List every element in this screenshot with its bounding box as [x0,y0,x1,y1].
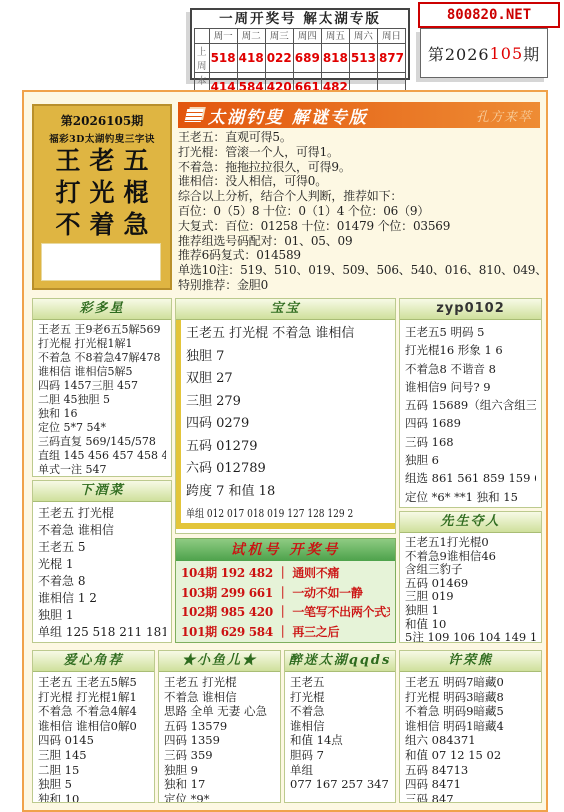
text-line: 王老五 王9老6五5解569 [38,323,166,337]
analysis-text: 王老五：直观可得5。打光棍：管滚一个人，可得1。不着急：拖拖拉拉很久，可得9。谁… [178,130,542,294]
text-line: 五码 84713 [405,763,536,778]
text-line: 独胆 1 [38,607,166,624]
section-aixin: 爱心角荐 王老五 王老五5解5打光棍 打光棍1解1不着急 不着急4解4谁相信 谁… [32,650,155,803]
section-body: 王老五 打光棍 不着急 谁相信独胆 7双胆 27三胆 279四码 0279五码 … [176,320,395,529]
text-line: 含组三豹子 [405,563,536,577]
text-line: 谁相信9 问号? 9 [405,378,536,396]
weekly-title: 一周开奖号 解太湖专版 [194,11,406,28]
text-line: 推荐6码复式：014589 [178,248,542,263]
text-line: 谁相信 1 2 [38,590,166,607]
weekly-results-panel: 一周开奖号 解太湖专版 周一周二周三周四周五周六周日上周518418022689… [190,8,410,80]
text-line: 组选 861 561 859 159 661 [405,469,536,487]
text-line: 二胆 45独胆 5 [38,393,166,407]
text-line: 不着急 不8着急47解478 [38,351,166,365]
section-xiaoyuer: ★小鱼儿★ 王老五 打光棍不着急 谁相信思路 全单 无妻 心急五码 13579四… [158,650,281,803]
text-line: 百位：0（5）8 十位：0（1）4 个位：06（9） [178,204,542,219]
text-line: 四码 1457三胆 457 [38,379,166,393]
section-body: 王老五 王9老6五5解569打光棍 打光棍1解1不着急 不8着急47解478谁相… [33,320,171,477]
text-line: 077 167 257 347 [290,777,390,792]
weekday-header-cell: 周五 [321,29,349,44]
text-line: 双胆 27 [186,368,390,391]
text-line: 不着急 [34,209,170,241]
weekday-header-cell: 周日 [377,29,405,44]
weekday-header-cell [195,29,210,44]
text-line: 跨度 7 和值 18 [186,481,390,504]
draw-number-cell: 513 [349,44,377,73]
text-line: 单组 012 017 018 019 127 128 129 278 279 7… [186,503,353,526]
text-line: 101期 629 584 ｜ 再三之后 [181,623,390,643]
text-line: 不着急 8 [38,573,166,590]
text-line: 光棍 1 [38,556,166,573]
text-line: 不着急9谁相信46 [405,550,536,564]
text-line: 定位 5*7 54* [38,421,166,435]
text-line: 不着急：拖拖拉拉很久，可得9。 [178,160,542,175]
text-line: 谁相信 [290,719,390,734]
text-line: 三码 168 [405,433,536,451]
text-line: 打光棍 打光棍1解1 [38,690,149,705]
text-line: 五码 15689（组六含组三） [405,396,536,414]
section-header-bar: 太湖钓叟 解谜专版 孔方来萃 [178,102,540,128]
text-line: 五码 01469 [405,577,536,591]
text-line: 胆码 7 [290,748,390,763]
issue-suffix: 期 [523,42,540,65]
text-line: 102期 985 420 ｜ 一笔写不出两个式来 [181,603,390,623]
draw-number-cell: 022 [265,44,293,73]
text-line: 独胆 6 [405,451,536,469]
text-line: 打光棍 打光棍1解1 [38,337,166,351]
issue-number-red: 105 [490,44,524,63]
section-caiduoxing: 彩多星 王老五 王9老6五5解569打光棍 打光棍1解1不着急 不8着急47解4… [32,298,172,477]
text-line: 六码 012789 [186,458,390,481]
text-line: 谁相信 谁相信5解5 [38,365,166,379]
text-line: 独和 16 [38,407,166,421]
section-zuimi: 醉迷太湖qqds 王老五打光棍不着急谁相信和值 14点胆码 7单组077 167… [284,650,396,803]
text-line: 谁相信 谁相信0解0 [38,719,149,734]
section-body: 104期 192 482 ｜ 通则不痛103期 299 661 ｜ 一动不如一静… [176,561,395,643]
text-line: 特别推荐：金胆0 [178,278,542,293]
text-line: 三胆 279 [186,391,390,414]
section-title: 许荣熊 [400,651,541,672]
text-line: 单式一注 547 [38,463,166,477]
draw-number-cell: 818 [321,44,349,73]
text-line: 不着急 明码9暗藏5 [405,704,536,719]
text-line: 独和 17 [164,777,275,792]
week-row-label: 上周 [195,44,210,73]
section-title: 爱心角荐 [33,651,154,672]
text-line: 王老五1打光棍0 [405,536,536,550]
text-line: 王老五 打光棍 不着急 谁相信 [186,323,390,346]
text-line: 谁相信：没人相信，可得0。 [178,174,542,189]
text-line: 打光棍16 形象 1 6 [405,341,536,359]
text-line: 单选10注：519、510、019、509、506、540、016、810、04… [178,263,542,278]
text-line: 综合以上分析，结合个人判断，推荐如下： [178,189,542,204]
issue-prefix: 第2026 [428,42,490,65]
text-line: 王老五 明码7暗藏0 [405,675,536,690]
text-line: 103期 299 661 ｜ 一动不如一静 [181,584,390,604]
text-line: 王老五 打光棍 [164,675,275,690]
page-title: 太湖钓叟 解谜专版 [208,103,476,128]
text-line: 王老五 [34,145,170,177]
text-line: 直组 145 456 457 458 459 [38,449,166,463]
section-shijihao: 试机号 开奖号 104期 192 482 ｜ 通则不痛103期 299 661 … [175,538,396,643]
section-title: 下酒菜 [33,481,171,502]
weekday-header-cell: 周四 [293,29,321,44]
paper-icon [185,109,204,122]
text-line: 独和 10 [38,792,149,803]
text-line: 王老五：直观可得5。 [178,130,542,145]
issue-box: 第2026105期 [420,28,548,78]
section-title: 先生夺人 [400,512,541,533]
section-body: 王老五 打光棍不着急 谁相信思路 全单 无妻 心急五码 13579四码 1359… [159,672,280,803]
draw-number-cell: 877 [377,44,405,73]
section-title: 彩多星 [33,299,171,320]
text-line: 王老五 [290,675,390,690]
weekday-header-cell: 周三 [265,29,293,44]
header-right-label: 孔方来萃 [476,106,532,125]
section-xiansheng: 先生夺人 王老五1打光棍0不着急9谁相信46含组三豹子五码 01469三胆 01… [399,511,542,643]
text-line: 王老五 5 [38,539,166,556]
section-body: 王老五1打光棍0不着急9谁相信46含组三豹子五码 01469三胆 019独胆 1… [400,533,541,643]
weekday-header-cell: 周六 [349,29,377,44]
text-line: 二胆 15 [38,763,149,778]
text-line: 三码直复 569/145/578 [38,435,166,449]
text-line: 三码 359 [164,748,275,763]
section-body: 王老五5 明码 5打光棍16 形象 1 6不着急8 不谐音 8谁相信9 问号? … [400,320,541,508]
text-line: 四码 8471 [405,777,536,792]
text-line: 四码 1689 [405,414,536,432]
text-line: 独胆 1 [405,604,536,618]
gold-issue: 第2026105期 [34,112,170,129]
main-frame: 第2026105期 福彩3D太湖钓叟三字诀 王老五打光棍不着急谁相信 太湖钓叟 … [22,90,548,812]
text-line: 单组 [290,763,390,778]
gold-note-area [41,243,161,281]
text-line: 单组 125 518 211 181 [38,624,166,641]
section-title: zyp0102 [400,299,541,320]
text-line: 打光棍 明码3暗藏8 [405,690,536,705]
text-line: 三胆 145 [38,748,149,763]
text-line: 四码 1359 [164,733,275,748]
site-badge: 800820.NET [418,2,560,28]
section-title: 宝宝 [176,299,395,320]
text-line: 五码 13579 [164,719,275,734]
text-line: 和值 14点 [290,733,390,748]
text-line: 独胆 5 [38,777,149,792]
text-line: 五码 01279 [186,436,390,459]
text-line: 5注 109 106 104 149 169 [405,631,536,643]
text-line: 三胆 019 [405,590,536,604]
gold-slogan-box: 第2026105期 福彩3D太湖钓叟三字诀 王老五打光棍不着急谁相信 [32,104,172,290]
text-line: 王老五 打光棍 [38,505,166,522]
text-line: 独胆 7 [186,346,390,369]
section-title: 试机号 开奖号 [176,539,395,561]
text-line: 四码 0279 [186,413,390,436]
text-line: 推荐组选号码配对：01、05、09 [178,234,542,249]
text-line: 不着急8 不谐音 8 [405,360,536,378]
gold-subtitle: 福彩3D太湖钓叟三字诀 [34,131,170,145]
text-line: 104期 192 482 ｜ 通则不痛 [181,564,390,584]
text-line: 不着急 不着急4解4 [38,704,149,719]
text-line: 谁相信 明码1暗藏4 [405,719,536,734]
text-line: 不着急 [290,704,390,719]
section-xurong: 许荣熊 王老五 明码7暗藏0打光棍 明码3暗藏8不着急 明码9暗藏5谁相信 明码… [399,650,542,803]
section-body: 王老五 王老五5解5打光棍 打光棍1解1不着急 不着急4解4谁相信 谁相信0解0… [33,672,154,803]
text-line: 和值 10 [405,618,536,632]
draw-number-cell: 689 [293,44,321,73]
section-baobao: 宝宝 王老五 打光棍 不着急 谁相信独胆 7双胆 27三胆 279四码 0279… [175,298,396,534]
section-xiajiucai: 下酒菜 王老五 打光棍不着急 谁相信王老五 5光棍 1不着急 8谁相信 1 2独… [32,480,172,643]
text-line: 和值 07 12 15 02 [405,748,536,763]
text-line: 不着急 谁相信 [164,690,275,705]
weekday-header-cell: 周一 [209,29,237,44]
text-line: 思路 全单 无妻 心急 [164,704,275,719]
section-title: 醉迷太湖qqds [285,651,395,672]
text-line: 三码 847 [405,792,536,803]
section-body: 王老五打光棍不着急谁相信和值 14点胆码 7单组077 167 257 347 [285,672,395,795]
weekday-header-cell: 周二 [237,29,265,44]
text-line: 不着急 谁相信 [38,522,166,539]
text-line: 定位 *9* [164,792,275,803]
text-line: 组六 084371 [405,733,536,748]
text-line: 打光棍：管滚一个人，可得1。 [178,145,542,160]
text-line: 独胆 9 [164,763,275,778]
text-line: 王老五5 明码 5 [405,323,536,341]
draw-number-cell: 518 [209,44,237,73]
text-line: 王老五 王老五5解5 [38,675,149,690]
text-line: 四码 0145 [38,733,149,748]
section-body: 王老五 打光棍不着急 谁相信王老五 5光棍 1不着急 8谁相信 1 2独胆 1单… [33,502,171,643]
section-body: 王老五 明码7暗藏0打光棍 明码3暗藏8不着急 明码9暗藏5谁相信 明码1暗藏4… [400,672,541,803]
text-line: 打光棍 [290,690,390,705]
text-line: 打光棍 [34,177,170,209]
text-line: 定位 *6* **1 独和 15 [405,488,536,506]
draw-number-cell: 418 [237,44,265,73]
section-zyp0102: zyp0102 王老五5 明码 5打光棍16 形象 1 6不着急8 不谐音 8谁… [399,298,542,508]
text-line: 大复式：百位：01258 十位：01479 个位：03569 [178,219,542,234]
section-title: ★小鱼儿★ [159,651,280,672]
